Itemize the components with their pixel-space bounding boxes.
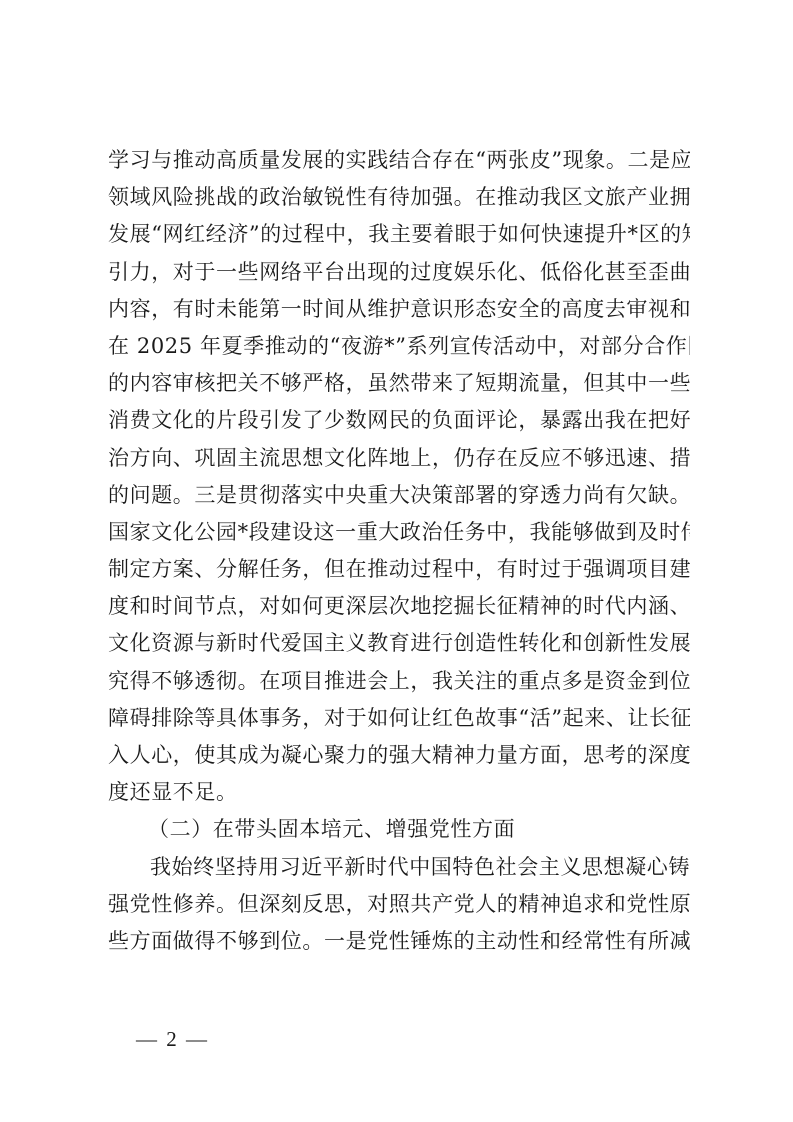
paragraph-1: 学习与推动高质量发展的实践结合存在“两张皮”现象。二是应对意识形态 领域风险挑战…: [108, 142, 690, 811]
document-body: 学习与推动高质量发展的实践结合存在“两张皮”现象。二是应对意识形态 领域风险挑战…: [108, 142, 690, 960]
text-line: 我始终坚持用习近平新时代中国特色社会主义思想凝心铸魂，注重加: [108, 849, 690, 886]
text-line: 入人心，使其成为凝心聚力的强大精神力量方面，思考的深度和谋划的力: [108, 737, 690, 774]
text-line: 国家文化公园*段建设这一重大政治任务中，我能够做到及时传达学习、: [108, 514, 690, 551]
text-line: 内容，有时未能第一时间从维护意识形态安全的高度去审视和判断。比如: [108, 291, 690, 328]
paragraph-2: 我始终坚持用习近平新时代中国特色社会主义思想凝心铸魂，注重加 强党性修养。但深刻…: [108, 849, 690, 961]
text-line: 学习与推动高质量发展的实践结合存在“两张皮”现象。二是应对意识形态: [108, 142, 690, 179]
text-line: 度还显不足。: [108, 774, 690, 811]
text-line: 引力，对于一些网络平台出现的过度娱乐化、低俗化甚至歪曲历史的文旅: [108, 254, 690, 291]
text-line: 制定方案、分解任务，但在推动过程中，有时过于强调项目建设的工程进: [108, 551, 690, 588]
page-number: — 2 —: [136, 1027, 209, 1052]
text-line: 消费文化的片段引发了少数网民的负面评论，暴露出我在把好文旅宣传政: [108, 402, 690, 439]
text-line: 究得不够透彻。在项目推进会上，我关注的重点多是资金到位情况、施工: [108, 663, 690, 700]
text-line: 文化资源与新时代爱国主义教育进行创造性转化和创新性发展等方面，研: [108, 625, 690, 662]
text-line: 的问题。三是贯彻落实中央重大决策部署的穿透力尚有欠缺。在推进长征: [108, 477, 690, 514]
text-line: 强党性修养。但深刻反思，对照共产党人的精神追求和党性原则，仍有一: [108, 886, 690, 923]
text-line: 障碍排除等具体事务，对于如何让红色故事“活”起来、让长征精神真正深: [108, 700, 690, 737]
text-line: 发展“网红经济”的过程中，我主要着眼于如何快速提升*区的知名度和吸: [108, 216, 690, 253]
text-line: 些方面做得不够到位。一是党性锤炼的主动性和经常性有所减弱。日常忙: [108, 923, 690, 960]
text-line: 的内容审核把关不够严格，虽然带来了短期流量，但其中一些调侃历史、: [108, 365, 690, 402]
text-line: 领域风险挑战的政治敏锐性有待加强。在推动我区文旅产业拥抱新媒体、: [108, 179, 690, 216]
text-line: 在 2025 年夏季推动的“夜游*”系列宣传活动中，对部分合作网络博主发布: [108, 328, 690, 365]
section-heading: （二）在带头固本培元、增强党性方面: [108, 811, 690, 848]
text-line: 治方向、巩固主流思想文化阵地上，仍存在反应不够迅速、措施不够果断: [108, 440, 690, 477]
document-page: 学习与推动高质量发展的实践结合存在“两张皮”现象。二是应对意识形态 领域风险挑战…: [0, 0, 793, 1122]
text-line: 度和时间节点，对如何更深层次地挖掘长征精神的时代内涵、如何将红色: [108, 588, 690, 625]
